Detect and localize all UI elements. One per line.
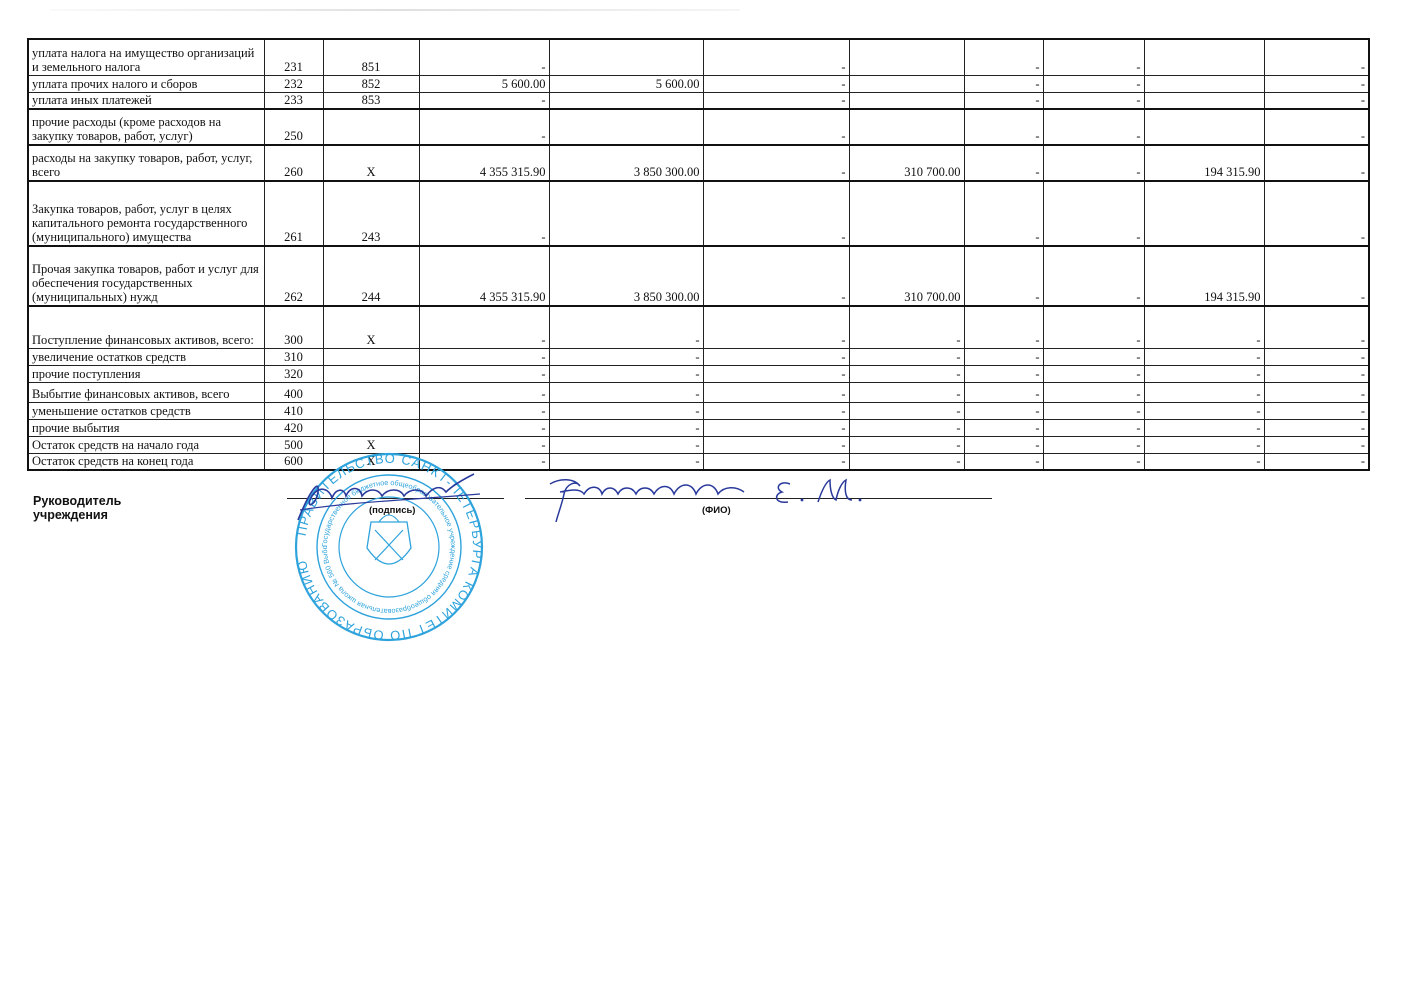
- kbk-code-cell: [323, 402, 419, 419]
- amount-cell: -: [964, 436, 1043, 453]
- line-code-cell: 250: [264, 109, 323, 145]
- amount-cell: [849, 181, 964, 246]
- amount-cell: -: [419, 92, 549, 109]
- amount-cell: [549, 181, 703, 246]
- amount-cell: -: [549, 436, 703, 453]
- amount-cell: -: [1264, 419, 1369, 436]
- amount-cell: -: [1264, 365, 1369, 382]
- amount-cell: -: [1264, 181, 1369, 246]
- amount-cell: -: [703, 402, 849, 419]
- amount-cell: -: [703, 246, 849, 306]
- amount-cell: -: [964, 453, 1043, 470]
- kbk-code-cell: 244: [323, 246, 419, 306]
- kbk-code-cell: [323, 348, 419, 365]
- handwritten-name: [540, 470, 880, 530]
- kbk-code-cell: [323, 419, 419, 436]
- line-code-cell: 320: [264, 365, 323, 382]
- amount-cell: -: [849, 348, 964, 365]
- amount-cell: -: [1043, 419, 1144, 436]
- row-name-cell: уменьшение остатков средств: [28, 402, 264, 419]
- table-row: прочие поступления320--------: [28, 365, 1369, 382]
- amount-cell: -: [849, 419, 964, 436]
- amount-cell: [549, 109, 703, 145]
- row-name-cell: уплата иных платежей: [28, 92, 264, 109]
- kbk-code-cell: [323, 382, 419, 402]
- table-row: Выбытие финансовых активов, всего400----…: [28, 382, 1369, 402]
- table-row: увеличение остатков средств310--------: [28, 348, 1369, 365]
- amount-cell: -: [549, 365, 703, 382]
- line-code-cell: 410: [264, 402, 323, 419]
- table-row: Прочая закупка товаров, работ и услуг дл…: [28, 246, 1369, 306]
- amount-cell: -: [1264, 92, 1369, 109]
- amount-cell: -: [1264, 109, 1369, 145]
- row-name-cell: расходы на закупку товаров, работ, услуг…: [28, 145, 264, 181]
- table-row: Закупка товаров, работ, услуг в целях ка…: [28, 181, 1369, 246]
- amount-cell: -: [703, 365, 849, 382]
- amount-cell: [1144, 92, 1264, 109]
- amount-cell: -: [1144, 419, 1264, 436]
- amount-cell: -: [964, 145, 1043, 181]
- amount-cell: -: [1144, 382, 1264, 402]
- amount-cell: -: [703, 109, 849, 145]
- line-code-cell: 231: [264, 39, 323, 75]
- amount-cell: -: [703, 145, 849, 181]
- kbk-code-cell: X: [323, 145, 419, 181]
- amount-cell: -: [419, 402, 549, 419]
- row-name-cell: прочие расходы (кроме расходов на закупк…: [28, 109, 264, 145]
- amount-cell: 3 850 300.00: [549, 246, 703, 306]
- amount-cell: 4 355 315.90: [419, 145, 549, 181]
- line-code-cell: 233: [264, 92, 323, 109]
- kbk-code-cell: X: [323, 436, 419, 453]
- amount-cell: -: [549, 402, 703, 419]
- kbk-code-cell: X: [323, 306, 419, 348]
- amount-cell: -: [703, 39, 849, 75]
- amount-cell: -: [1264, 39, 1369, 75]
- amount-cell: -: [1043, 365, 1144, 382]
- amount-cell: -: [1043, 453, 1144, 470]
- amount-cell: -: [1043, 246, 1144, 306]
- table-row: прочие расходы (кроме расходов на закупк…: [28, 109, 1369, 145]
- amount-cell: -: [849, 365, 964, 382]
- amount-cell: -: [964, 75, 1043, 92]
- amount-cell: -: [703, 436, 849, 453]
- amount-cell: -: [1264, 382, 1369, 402]
- table-row: расходы на закупку товаров, работ, услуг…: [28, 145, 1369, 181]
- amount-cell: -: [703, 92, 849, 109]
- amount-cell: -: [964, 365, 1043, 382]
- amount-cell: -: [849, 382, 964, 402]
- amount-cell: -: [1264, 306, 1369, 348]
- amount-cell: -: [1264, 348, 1369, 365]
- amount-cell: -: [703, 181, 849, 246]
- kbk-code-cell: 852: [323, 75, 419, 92]
- row-name-cell: Поступление финансовых активов, всего:: [28, 306, 264, 348]
- amount-cell: -: [703, 348, 849, 365]
- amount-cell: -: [1043, 402, 1144, 419]
- line-code-cell: 261: [264, 181, 323, 246]
- amount-cell: 4 355 315.90: [419, 246, 549, 306]
- amount-cell: -: [703, 75, 849, 92]
- amount-cell: -: [419, 181, 549, 246]
- amount-cell: -: [1043, 306, 1144, 348]
- amount-cell: -: [1043, 145, 1144, 181]
- amount-cell: 5 600.00: [419, 75, 549, 92]
- amount-cell: 5 600.00: [549, 75, 703, 92]
- amount-cell: -: [703, 306, 849, 348]
- amount-cell: -: [1043, 382, 1144, 402]
- amount-cell: -: [1043, 436, 1144, 453]
- amount-cell: -: [1144, 365, 1264, 382]
- table-row: прочие выбытия420--------: [28, 419, 1369, 436]
- amount-cell: -: [703, 419, 849, 436]
- kbk-code-cell: 853: [323, 92, 419, 109]
- amount-cell: -: [1043, 92, 1144, 109]
- amount-cell: -: [549, 306, 703, 348]
- line-code-cell: 260: [264, 145, 323, 181]
- row-name-cell: Остаток средств на конец года: [28, 453, 264, 470]
- amount-cell: 3 850 300.00: [549, 145, 703, 181]
- amount-cell: -: [1144, 402, 1264, 419]
- row-name-cell: уплата прочих налого и сборов: [28, 75, 264, 92]
- amount-cell: -: [849, 306, 964, 348]
- amount-cell: -: [964, 402, 1043, 419]
- amount-cell: -: [419, 109, 549, 145]
- amount-cell: -: [1144, 453, 1264, 470]
- amount-cell: -: [419, 348, 549, 365]
- amount-cell: -: [964, 39, 1043, 75]
- amount-cell: -: [1043, 181, 1144, 246]
- line-code-cell: 310: [264, 348, 323, 365]
- amount-cell: -: [849, 436, 964, 453]
- kbk-code-cell: 851: [323, 39, 419, 75]
- amount-cell: 310 700.00: [849, 145, 964, 181]
- row-name-cell: уплата налога на имущество организаций и…: [28, 39, 264, 75]
- line-code-cell: 300: [264, 306, 323, 348]
- amount-cell: -: [419, 306, 549, 348]
- table-row: уплата прочих налого и сборов2328525 600…: [28, 75, 1369, 92]
- amount-cell: [849, 92, 964, 109]
- financial-plan-table: уплата налога на имущество организаций и…: [27, 38, 1370, 471]
- amount-cell: -: [964, 181, 1043, 246]
- amount-cell: -: [1264, 75, 1369, 92]
- head-of-institution-label: Руководитель учреждения: [33, 494, 121, 522]
- line-code-cell: 262: [264, 246, 323, 306]
- line-code-cell: 420: [264, 419, 323, 436]
- amount-cell: -: [549, 382, 703, 402]
- amount-cell: [549, 39, 703, 75]
- amount-cell: -: [1144, 306, 1264, 348]
- amount-cell: -: [549, 348, 703, 365]
- amount-cell: -: [419, 382, 549, 402]
- amount-cell: [1144, 181, 1264, 246]
- line-code-cell: 500: [264, 436, 323, 453]
- scan-artifact-line: [50, 9, 740, 11]
- amount-cell: -: [703, 382, 849, 402]
- amount-cell: 194 315.90: [1144, 145, 1264, 181]
- amount-cell: -: [964, 348, 1043, 365]
- row-name-cell: прочие поступления: [28, 365, 264, 382]
- amount-cell: -: [419, 365, 549, 382]
- row-name-cell: Прочая закупка товаров, работ и услуг дл…: [28, 246, 264, 306]
- table-row: уплата налога на имущество организаций и…: [28, 39, 1369, 75]
- amount-cell: -: [1264, 453, 1369, 470]
- table-row: уплата иных платежей233853-----: [28, 92, 1369, 109]
- row-name-cell: увеличение остатков средств: [28, 348, 264, 365]
- kbk-code-cell: 243: [323, 181, 419, 246]
- amount-cell: [1144, 39, 1264, 75]
- table-row: уменьшение остатков средств410--------: [28, 402, 1369, 419]
- amount-cell: -: [419, 39, 549, 75]
- amount-cell: [1144, 75, 1264, 92]
- amount-cell: -: [1264, 246, 1369, 306]
- line-code-cell: 232: [264, 75, 323, 92]
- row-name-cell: Остаток средств на начало года: [28, 436, 264, 453]
- amount-cell: [1144, 109, 1264, 145]
- amount-cell: -: [1144, 436, 1264, 453]
- line-code-cell: 400: [264, 382, 323, 402]
- amount-cell: 310 700.00: [849, 246, 964, 306]
- amount-cell: -: [419, 419, 549, 436]
- amount-cell: -: [964, 306, 1043, 348]
- amount-cell: -: [849, 453, 964, 470]
- amount-cell: -: [419, 436, 549, 453]
- row-name-cell: Закупка товаров, работ, услуг в целях ка…: [28, 181, 264, 246]
- amount-cell: -: [964, 246, 1043, 306]
- amount-cell: -: [1264, 402, 1369, 419]
- kbk-code-cell: [323, 109, 419, 145]
- amount-cell: -: [964, 419, 1043, 436]
- amount-cell: -: [1264, 145, 1369, 181]
- amount-cell: -: [1264, 436, 1369, 453]
- amount-cell: [849, 109, 964, 145]
- row-name-cell: Выбытие финансовых активов, всего: [28, 382, 264, 402]
- amount-cell: -: [964, 109, 1043, 145]
- amount-cell: -: [849, 402, 964, 419]
- amount-cell: -: [549, 419, 703, 436]
- amount-cell: [549, 92, 703, 109]
- amount-cell: -: [549, 453, 703, 470]
- amount-cell: [849, 39, 964, 75]
- amount-cell: -: [703, 453, 849, 470]
- table-row: Остаток средств на конец года600X-------…: [28, 453, 1369, 470]
- handwritten-signature: [290, 470, 490, 530]
- amount-cell: -: [1043, 348, 1144, 365]
- amount-cell: [849, 75, 964, 92]
- amount-cell: -: [964, 92, 1043, 109]
- kbk-code-cell: [323, 365, 419, 382]
- amount-cell: -: [964, 382, 1043, 402]
- table-row: Поступление финансовых активов, всего:30…: [28, 306, 1369, 348]
- amount-cell: -: [1043, 75, 1144, 92]
- row-name-cell: прочие выбытия: [28, 419, 264, 436]
- amount-cell: -: [1043, 39, 1144, 75]
- amount-cell: -: [1144, 348, 1264, 365]
- amount-cell: 194 315.90: [1144, 246, 1264, 306]
- amount-cell: -: [1043, 109, 1144, 145]
- table-row: Остаток средств на начало года500X------…: [28, 436, 1369, 453]
